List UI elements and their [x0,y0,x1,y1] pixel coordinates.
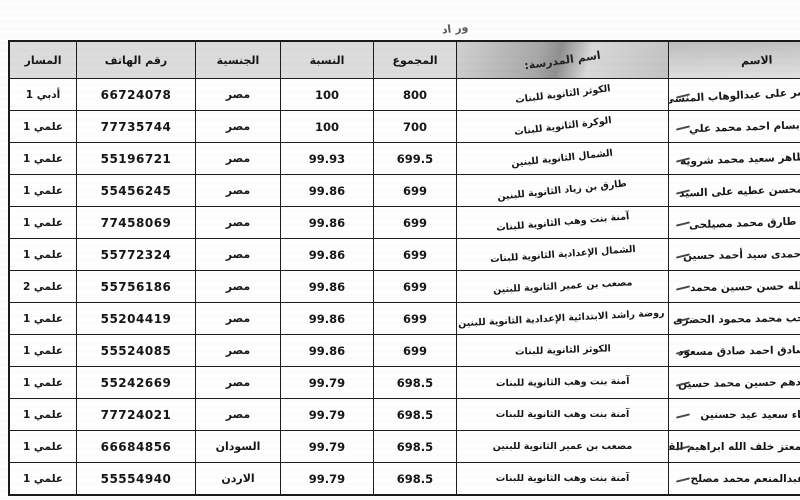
table-body: ليلى ياسر على عبدالوهاب المنسىالكوثر الث… [9,79,800,496]
cell-total: 699 [374,207,457,239]
scan-mark [676,477,690,482]
cell-school: آمنة بنت وهب الثانوية للبنات [457,367,669,399]
cell-phone: 55242669 [77,367,196,399]
cell-track: علمي 1 [9,463,77,496]
cell-phone: 55204419 [77,303,196,335]
cell-track: علمي 1 [9,175,77,207]
page-title-fragment: ور اد [410,17,501,41]
cell-school: آمنة بنت وهب الثانوية للبنات [457,463,669,496]
cell-track: علمي 1 [9,239,77,271]
cell-nationality: مصر [196,207,281,239]
cell-percentage: 99.79 [281,431,374,463]
cell-percentage: 99.93 [281,143,374,175]
cell-phone: 55524085 [77,335,196,367]
cell-name: ساره حمدى سيد أحمد حسين [669,239,800,271]
cell-track: علمي 1 [9,111,77,143]
cell-name: باسل محسن عطيه على السيد [669,175,800,207]
table-header-row: الاسم اسم المدرسة: المجموع النسبة الجنسي… [9,41,800,79]
cell-name: دعاء سعيد عيد حسنين [669,399,800,431]
cell-nationality: مصر [196,367,281,399]
table-row: عبدالله حسن حسين محمدمصعب بن عمير الثانو… [9,271,800,303]
cell-percentage: 99.86 [281,271,374,303]
cell-track: علمي 2 [9,271,77,303]
cell-total: 699 [374,175,457,207]
cell-track: علمي 1 [9,335,77,367]
cell-percentage: 100 [281,111,374,143]
cell-name: احمد طاهر سعيد محمد شرويه [669,143,800,175]
cell-phone: 55756186 [77,271,196,303]
cell-phone: 77735744 [77,111,196,143]
cell-phone: 55196721 [77,143,196,175]
cell-track: علمي 1 [9,399,77,431]
table-row: ساره حمدى سيد أحمد حسينالشمال الإعدادية … [9,239,800,271]
cell-percentage: 100 [281,79,374,111]
cell-name: هيا عبدالمنعم محمد مصلح [669,463,800,496]
cell-nationality: مصر [196,271,281,303]
cell-total: 700 [374,111,457,143]
cell-name: روان طارق محمد مصيلحى [669,207,800,239]
cell-nationality: الاردن [196,463,281,496]
cell-percentage: 99.86 [281,175,374,207]
header-phone: رقم الهاتف [77,41,196,79]
cell-nationality: مصر [196,399,281,431]
cell-school: مصعب بن عمير الثانوية للبنين [457,271,669,303]
table-row: هاجر صادق احمد صادق مسعودالكوثر الثانوية… [9,335,800,367]
cell-percentage: 99.79 [281,463,374,496]
cell-nationality: مصر [196,79,281,111]
cell-phone: 55554940 [77,463,196,496]
cell-percentage: 99.86 [281,207,374,239]
cell-nationality: السودان [196,431,281,463]
cell-track: علمي 1 [9,303,77,335]
table-row: ليلى ياسر على عبدالوهاب المنسىالكوثر الث… [9,79,800,111]
cell-school: الشمال الإعدادية الثانوية للبنات [457,239,669,271]
cell-total: 698.5 [374,431,457,463]
scan-mark [676,285,690,290]
cell-track: علمي 1 [9,207,77,239]
cell-phone: 66724078 [77,79,196,111]
cell-name: محمد رجب محمد محمود الحضرى [669,303,800,335]
cell-school: طارق بن زياد الثانوية للبنين [457,175,669,207]
header-total: المجموع [374,41,457,79]
cell-total: 699 [374,335,457,367]
results-table: الاسم اسم المدرسة: المجموع النسبة الجنسي… [8,40,800,496]
cell-percentage: 99.86 [281,335,374,367]
cell-name: حبيبة ادهم حسين محمد حسين [669,367,800,399]
cell-name: رؤى بسام احمد محمد علي [669,111,800,143]
table-row: روان طارق محمد مصيلحىآمنة بنت وهب الثانو… [9,207,800,239]
header-school: اسم المدرسة: [457,41,669,79]
cell-total: 800 [374,79,457,111]
cell-nationality: مصر [196,175,281,207]
cell-percentage: 99.86 [281,303,374,335]
cell-phone: 55772324 [77,239,196,271]
table-row: هيا عبدالمنعم محمد مصلحآمنة بنت وهب الثا… [9,463,800,496]
cell-nationality: مصر [196,143,281,175]
header-track: المسار [9,41,77,79]
header-name: الاسم [669,41,800,79]
cell-school: آمنة بنت وهب الثانوية للبنات [457,207,669,239]
cell-phone: 77724021 [77,399,196,431]
table-row: دعاء سعيد عيد حسنينآمنة بنت وهب الثانوية… [9,399,800,431]
cell-percentage: 99.79 [281,399,374,431]
cell-school: الشمال الثانوية للبنين [457,143,669,175]
scan-mark [676,413,690,418]
cell-track: علمي 1 [9,431,77,463]
cell-school: آمنة بنت وهب الثانوية للبنات [457,399,669,431]
cell-total: 699 [374,271,457,303]
cell-total: 699.5 [374,143,457,175]
cell-school: الكوثر الثانوية للبنات [457,335,669,367]
cell-name: ليلى ياسر على عبدالوهاب المنسى [669,79,800,111]
cell-school: الوكرة الثانوية للبنات [457,111,669,143]
cell-school: روضة راشد الابتدائية الإعدادية الثانوية … [457,303,669,335]
table-row: احمد طاهر سعيد محمد شرويهالشمال الثانوية… [9,143,800,175]
table-row: باسل محسن عطيه على السيدطارق بن زياد الث… [9,175,800,207]
cell-school: الكوثر الثانوية للبنات [457,79,669,111]
cell-nationality: مصر [196,335,281,367]
table-row: رؤى بسام احمد محمد عليالوكرة الثانوية لل… [9,111,800,143]
cell-percentage: 99.79 [281,367,374,399]
cell-name: مؤمن المعتز خلف الله ابراهيم القريش [669,431,800,463]
cell-school: مصعب بن عمير الثانوية للبنين [457,431,669,463]
table-row: حبيبة ادهم حسين محمد حسينآمنة بنت وهب ال… [9,367,800,399]
cell-nationality: مصر [196,239,281,271]
table-row: محمد رجب محمد محمود الحضرىروضة راشد الاب… [9,303,800,335]
cell-phone: 77458069 [77,207,196,239]
cell-name: عبدالله حسن حسين محمد [669,271,800,303]
cell-percentage: 99.86 [281,239,374,271]
cell-total: 698.5 [374,463,457,496]
cell-track: علمي 1 [9,143,77,175]
cell-track: أدبي 1 [9,79,77,111]
cell-total: 698.5 [374,367,457,399]
header-nationality: الجنسية [196,41,281,79]
cell-total: 699 [374,303,457,335]
cell-phone: 66684856 [77,431,196,463]
table-row: مؤمن المعتز خلف الله ابراهيم القريشمصعب … [9,431,800,463]
cell-nationality: مصر [196,303,281,335]
cell-total: 698.5 [374,399,457,431]
cell-nationality: مصر [196,111,281,143]
cell-name: هاجر صادق احمد صادق مسعود [669,335,800,367]
cell-phone: 55456245 [77,175,196,207]
cell-track: علمي 1 [9,367,77,399]
cell-total: 699 [374,239,457,271]
header-percentage: النسبة [281,41,374,79]
scanned-document-page: ور اد الاسم اسم المدرسة: المجموع النسبة … [0,0,800,500]
